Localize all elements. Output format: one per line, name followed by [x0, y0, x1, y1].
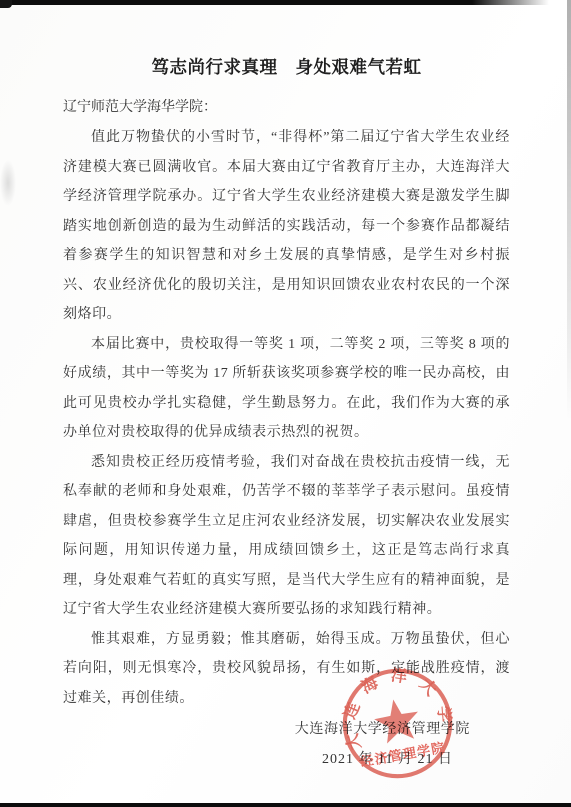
letter-content: 笃志尚行求真理 身处艰难气若虹 辽宁师范大学海华学院： 值此万物蛰伏的小雪时节，… [0, 0, 571, 775]
scan-artifact-bottom-edge [0, 803, 571, 807]
body-paragraph: 悉知贵校正经历疫情考验，我们对奋战在贵校抗击疫情一线，无私奉献的老师和身处艰难，… [63, 448, 510, 625]
letter-title: 笃志尚行求真理 身处艰难气若虹 [63, 54, 510, 80]
body-paragraph: 值此万物蛰伏的小雪时节，“非得杯”第二届辽宁省大学生农业经济建模大赛已圆满收官。… [63, 123, 510, 330]
signature-date: 2021 年 11 月 21 日 [322, 745, 453, 775]
salutation: 辽宁师范大学海华学院： [63, 93, 510, 123]
scan-artifact-left-smudge [0, 160, 16, 206]
scanned-letter-page: 笃志尚行求真理 身处艰难气若虹 辽宁师范大学海华学院： 值此万物蛰伏的小雪时节，… [0, 0, 571, 807]
closing-block: 大连海洋大学经济管理学院 2021 年 11 月 21 日 [63, 715, 510, 775]
signature-org: 大连海洋大学经济管理学院 [295, 715, 470, 745]
letter-body: 值此万物蛰伏的小雪时节，“非得杯”第二届辽宁省大学生农业经济建模大赛已圆满收官。… [63, 123, 510, 713]
scan-artifact-right-edge [567, 0, 571, 420]
body-paragraph: 惟其艰难，方显勇毅；惟其磨砺，始得玉成。万物虽蛰伏，但心若向阳，则无惧寒冷，贵校… [63, 625, 510, 714]
scan-artifact-top-edge [0, 0, 549, 5]
body-paragraph: 本届比赛中，贵校取得一等奖 1 项，二等奖 2 项，三等奖 8 项的好成绩，其中… [63, 330, 510, 448]
scan-artifact-top-left-corner [0, 0, 12, 8]
